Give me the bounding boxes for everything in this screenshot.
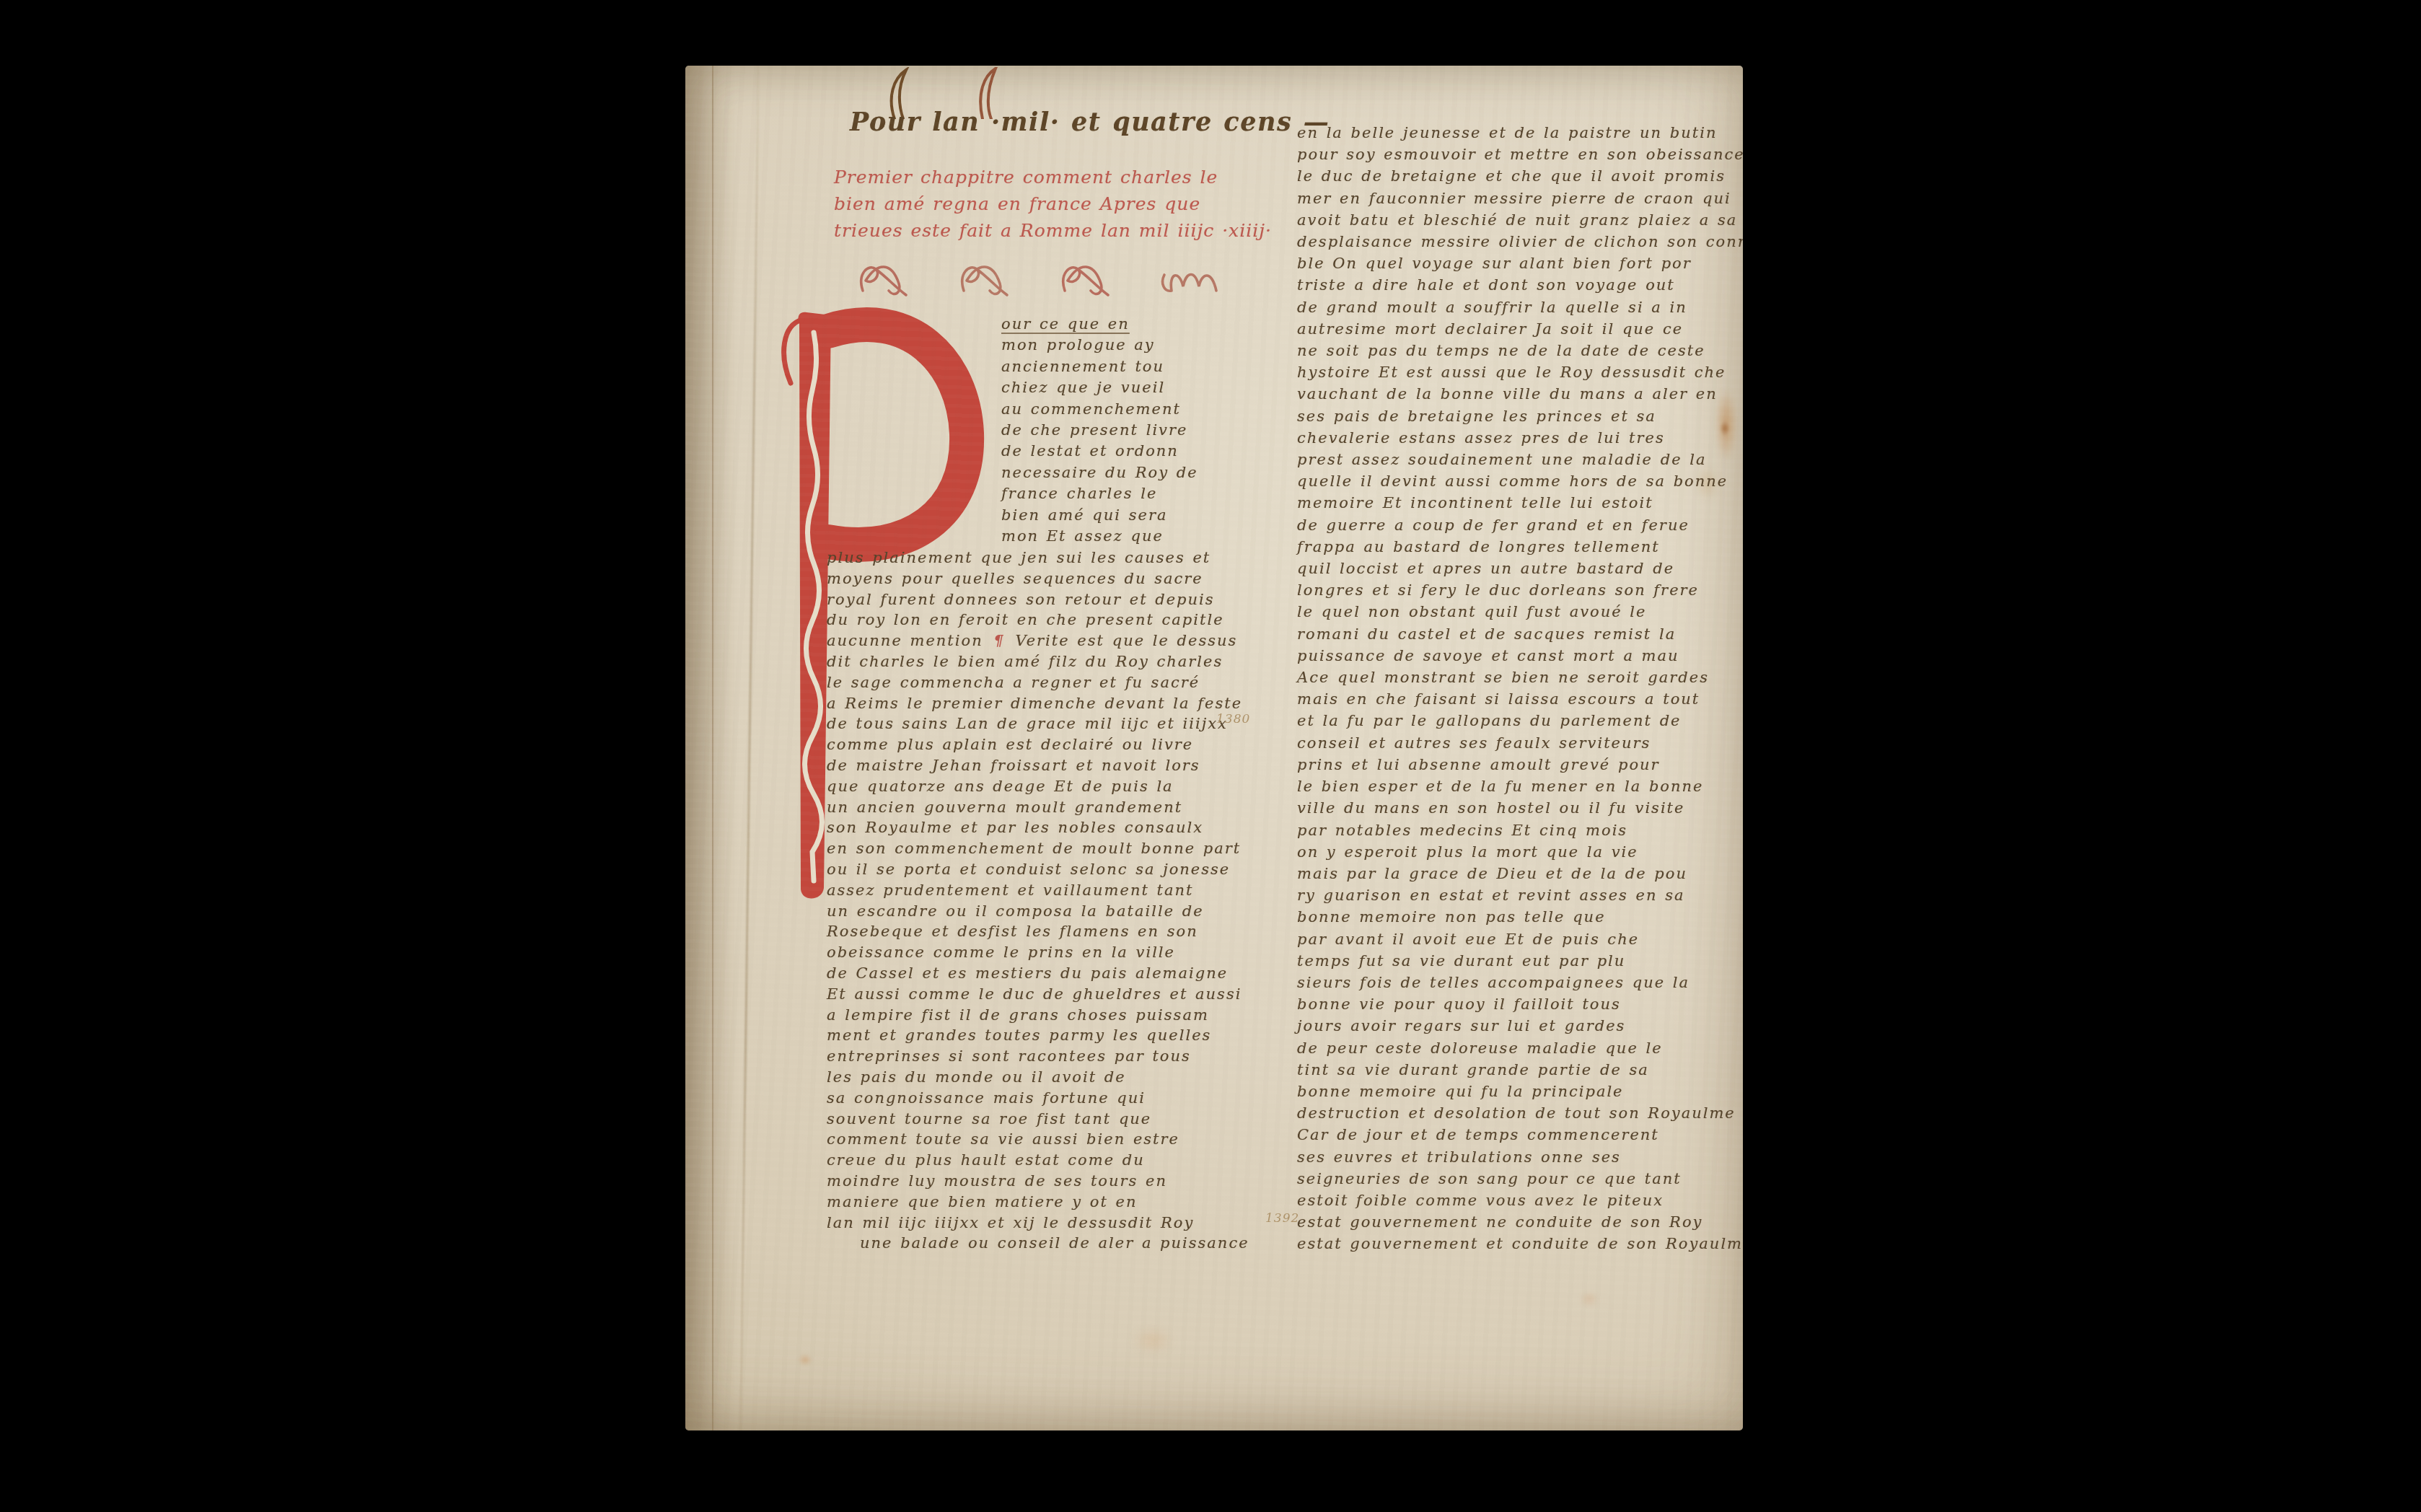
text-line: moyens pour quelles sequences du sacre — [827, 568, 1249, 589]
text-line: prest assez soudainement une maladie de … — [1297, 449, 1743, 470]
text-line: lan mil iijc iiijxx et xij le dessusdit … — [827, 1213, 1249, 1234]
text-line: mais par la grace de Dieu et de la de po… — [1297, 863, 1743, 884]
text-line: obeissance comme le prins en la ville — [827, 942, 1249, 963]
text-line: estat gouvernement et conduite de son Ro… — [1297, 1233, 1743, 1254]
text-line: le duc de bretaigne et che que il avoit … — [1297, 165, 1743, 187]
text-line: son Royaulme et par les nobles consaulx — [827, 817, 1249, 838]
pilcrow-mark: ¶ — [990, 631, 1007, 649]
text-line: plus plainement que jen sui les causes e… — [827, 548, 1249, 568]
text-line: avoit batu et bleschié de nuit granz pla… — [1297, 209, 1743, 231]
text-line: royal furent donnees son retour et depui… — [827, 589, 1249, 610]
text-line: un escandre ou il composa la bataille de — [827, 901, 1249, 922]
text-line: ry guarison en estat et revint asses en … — [1297, 884, 1743, 906]
text-line: de peur ceste doloreuse maladie que le — [1297, 1037, 1743, 1059]
text-line: frappa au bastard de longres tellement — [1297, 536, 1743, 558]
text-line: en la belle jeunesse et de la paistre un… — [1297, 122, 1743, 144]
text-line: quil loccist et apres un autre bastard d… — [1297, 558, 1743, 579]
text-line: trieues este fait a Romme lan mil iiijc … — [834, 217, 1272, 244]
margin-date-note: 1392 — [1265, 1211, 1299, 1226]
text-line: conseil et autres ses feaulx serviteurs — [1297, 732, 1743, 754]
text-line: un ancien gouverna moult grandement — [827, 797, 1249, 818]
text-line: Rosebeque et desfist les flamens en son — [827, 921, 1249, 942]
text-line: a lempire fist il de grans choses puissa… — [827, 1005, 1249, 1026]
text-line: chiez que je vueil — [1001, 377, 1198, 398]
text-line: le sage commencha a regner et fu sacré — [827, 672, 1249, 693]
text-line: Car de jour et de temps commencerent — [1297, 1124, 1743, 1146]
text-line: pour soy esmouvoir et mettre en son obei… — [1297, 144, 1743, 165]
text-line: tint sa vie durant grande partie de sa — [1297, 1059, 1743, 1081]
pen-flourish-w-icon — [1159, 259, 1228, 302]
text-line: comment toute sa vie aussi bien estre — [827, 1129, 1249, 1150]
text-line: quelle il devint aussi comme hors de sa … — [1297, 470, 1743, 492]
text-line: mais en che faisant si laissa escours a … — [1297, 688, 1743, 710]
text-line: bonne memoire qui fu la principale — [1297, 1081, 1743, 1102]
text-line: seigneuries de son sang pour ce que tant — [1297, 1168, 1743, 1190]
text-segment: aucunne mention — [827, 632, 990, 649]
text-line: our ce que en — [1001, 314, 1198, 335]
text-line: de lestat et ordonn — [1001, 441, 1198, 462]
text-line: par avant il avoit eue Et de puis che — [1297, 928, 1743, 950]
text-line: longres et si fery le duc dorleans son f… — [1297, 579, 1743, 601]
text-line: que quatorze ans deage Et de puis la — [827, 776, 1249, 797]
text-line: bonne vie pour quoy il failloit tous — [1297, 993, 1743, 1015]
text-line: autresime mort declairer Ja soit il que … — [1297, 318, 1743, 340]
stain-bottom-left — [798, 1354, 812, 1366]
text-line: france charles le — [1001, 483, 1198, 504]
chapter-heading: Pour lan ·mil· et quatre cens — — [850, 107, 1330, 137]
text-line: de che present livre — [1001, 420, 1198, 441]
text-line: une balade ou conseil de aler a puissanc… — [827, 1233, 1249, 1254]
text-line: souvent tourne sa roe fist tant que — [827, 1109, 1249, 1130]
text-line: creue du plus hault estat come du — [827, 1150, 1249, 1171]
text-line: on y esperoit plus la mort que la vie — [1297, 841, 1743, 863]
text-line: mer en fauconnier messire pierre de crao… — [1297, 188, 1743, 209]
text-line: le bien esper et de la fu mener en la bo… — [1297, 775, 1743, 797]
pen-flourish-icon — [856, 259, 916, 302]
text-line: ses euvres et tribulations onne ses — [1297, 1146, 1743, 1168]
text-line: ne soit pas du temps ne de la date de ce… — [1297, 340, 1743, 361]
text-line: de tous sains Lan de grace mil iijc et i… — [827, 713, 1249, 734]
text-line: de Cassel et es mestiers du pais alemaig… — [827, 963, 1249, 984]
left-column-side-lines: our ce que enmon prologue ayanciennement… — [1001, 314, 1198, 547]
parchment-page: Pour lan ·mil· et quatre cens — Premier … — [685, 66, 1743, 1430]
text-line: comme plus aplain est declairé ou livre — [827, 734, 1249, 755]
text-line: estoit foible comme vous avez le piteux — [1297, 1190, 1743, 1211]
text-line: bien amé regna en france Apres que — [834, 190, 1272, 217]
pen-flourish-icon — [1058, 259, 1118, 302]
text-line: dit charles le bien amé filz du Roy char… — [827, 651, 1249, 672]
text-line: de guerre a coup de fer grand et en feru… — [1297, 514, 1743, 536]
text-line: mon Et assez que — [1001, 526, 1198, 547]
text-line: entreprinses si sont racontees par tous — [827, 1046, 1249, 1067]
left-column-full-lines: plus plainement que jen sui les causes e… — [827, 548, 1249, 1254]
margin-date-note: 1380 — [1216, 712, 1250, 726]
text-line: a Reims le premier dimenche devant la fe… — [827, 693, 1249, 714]
text-line: aucunne mention ¶ Verite est que le dess… — [827, 630, 1249, 651]
stain-bottom-right — [1133, 1327, 1173, 1354]
text-line: chevalerie estans assez pres de lui tres — [1297, 427, 1743, 449]
pen-flourish-icon — [957, 259, 1017, 302]
text-line: par notables medecins Et cinq mois — [1297, 819, 1743, 841]
text-line: en son commenchement de moult bonne part — [827, 838, 1249, 859]
text-line: necessaire du Roy de — [1001, 462, 1198, 483]
text-line: bonne memoire non pas telle que — [1297, 906, 1743, 928]
text-line: hystoire Et est aussi que le Roy dessusd… — [1297, 361, 1743, 383]
rubric-block: Premier chappitre comment charles lebien… — [834, 164, 1272, 244]
pen-flourish-row — [856, 259, 1268, 302]
text-line: jours avoir regars sur lui et gardes — [1297, 1015, 1743, 1037]
text-line: mon prologue ay — [1001, 335, 1198, 356]
text-line: temps fut sa vie durant eut par plu — [1297, 950, 1743, 972]
text-line: destruction et desolation de tout son Ro… — [1297, 1102, 1743, 1124]
text-line: sieurs fois de telles accompaignees que … — [1297, 972, 1743, 993]
text-line: au commenchement — [1001, 399, 1198, 420]
text-line: ou il se porta et conduist selonc sa jon… — [827, 859, 1249, 880]
text-line: de maistre Jehan froissart et navoit lor… — [827, 755, 1249, 776]
vertical-crease — [739, 66, 760, 1430]
stain-bottom-center — [1580, 1292, 1599, 1306]
text-line: Et aussi comme le duc de ghueldres et au… — [827, 984, 1249, 1005]
binding-gutter-shadow — [685, 66, 736, 1430]
text-line: sa congnoissance mais fortune qui — [827, 1088, 1249, 1109]
text-line: le quel non obstant quil fust avoué le — [1297, 601, 1743, 623]
text-line: ment et grandes toutes parmy les quelles — [827, 1025, 1249, 1046]
text-line: ble On quel voyage sur alant bien fort p… — [1297, 252, 1743, 274]
text-line: moindre luy moustra de ses tours en — [827, 1171, 1249, 1192]
text-line: Premier chappitre comment charles le — [834, 164, 1272, 190]
right-column-lines: en la belle jeunesse et de la paistre un… — [1297, 122, 1743, 1255]
manuscript-photo: Pour lan ·mil· et quatre cens — Premier … — [0, 0, 2421, 1512]
text-line: estat gouvernement ne conduite de son Ro… — [1297, 1211, 1743, 1233]
text-line: de grand moult a souffrir la quelle si a… — [1297, 296, 1743, 318]
folio-edge-line — [712, 66, 713, 1430]
text-segment: Verite est que le dessus — [1008, 632, 1238, 649]
text-line: ses pais de bretaigne les princes et sa — [1297, 405, 1743, 427]
text-line: Ace quel monstrant se bien ne seroit gar… — [1297, 667, 1743, 688]
text-line: desplaisance messire olivier de clichon … — [1297, 231, 1743, 252]
text-line: ville du mans en son hostel ou il fu vis… — [1297, 797, 1743, 819]
text-line: vauchant de la bonne ville du mans a ale… — [1297, 383, 1743, 405]
text-line: triste a dire hale et dont son voyage ou… — [1297, 274, 1743, 296]
text-line: et la fu par le gallopans du parlement d… — [1297, 710, 1743, 731]
text-line: maniere que bien matiere y ot en — [827, 1192, 1249, 1213]
text-line: assez prudentement et vaillaument tant — [827, 880, 1249, 901]
text-line: bien amé qui sera — [1001, 505, 1198, 526]
text-line: anciennement tou — [1001, 356, 1198, 377]
text-line: les pais du monde ou il avoit de — [827, 1067, 1249, 1088]
text-line: romani du castel et de sacques remist la — [1297, 623, 1743, 645]
text-line: du roy lon en feroit en che present capi… — [827, 610, 1249, 630]
text-line: prins et lui absenne amoult grevé pour — [1297, 754, 1743, 775]
text-line: memoire Et incontinent telle lui estoit — [1297, 492, 1743, 514]
text-line: puissance de savoye et canst mort a mau — [1297, 645, 1743, 667]
